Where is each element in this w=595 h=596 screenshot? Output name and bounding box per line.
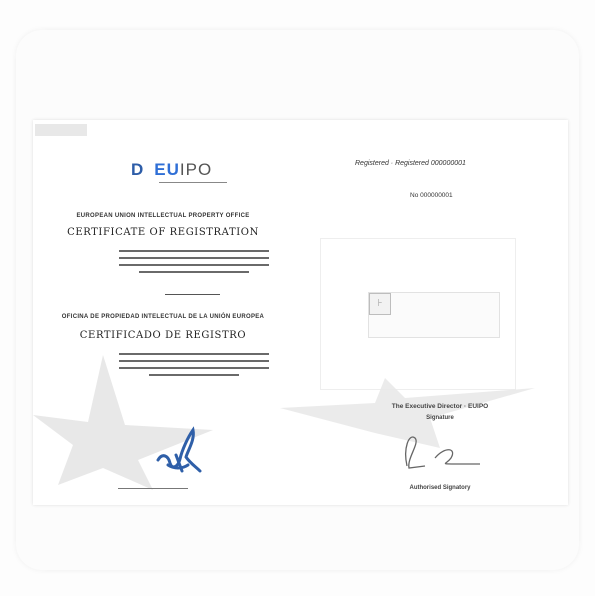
certificate-left-page: DEUIPO EUROPEAN UNION INTELLECTUAL PROPE… xyxy=(33,120,293,505)
certificate-title-es: CERTIFICADO DE REGISTRO xyxy=(33,330,293,341)
euipo-logo: DEUIPO xyxy=(131,160,212,180)
office-name-en: EUROPEAN UNION INTELLECTUAL PROPERTY OFF… xyxy=(33,213,293,219)
registration-reference: Registered · Registered 000000001 xyxy=(355,160,466,167)
office-name-es: OFICINA DE PROPIEDAD INTELECTUAL DE LA U… xyxy=(33,314,293,320)
logo-underline xyxy=(159,182,227,183)
signature-line-left xyxy=(118,488,188,489)
certificate-right-page: Registered · Registered 000000001 No 000… xyxy=(300,120,568,505)
body-text-en xyxy=(119,250,269,278)
image-placeholder-icon: ⊦ xyxy=(369,293,391,315)
certificate-title-en: CERTIFICATE OF REGISTRATION xyxy=(33,227,293,238)
office-signatory-subtitle: Signature xyxy=(350,415,530,421)
handwritten-signature-icon xyxy=(395,428,485,473)
signatory-name: Authorised Signatory xyxy=(350,485,530,491)
logo-ipo: IPO xyxy=(180,160,212,179)
logo-eu: EU xyxy=(154,160,180,179)
section-divider xyxy=(165,294,220,295)
registration-number: No 000000001 xyxy=(410,192,453,199)
logo-prefix: D xyxy=(131,160,144,179)
eu-map-signature-icon xyxy=(148,425,218,480)
office-signatory-title: The Executive Director · EUIPO xyxy=(350,403,530,410)
